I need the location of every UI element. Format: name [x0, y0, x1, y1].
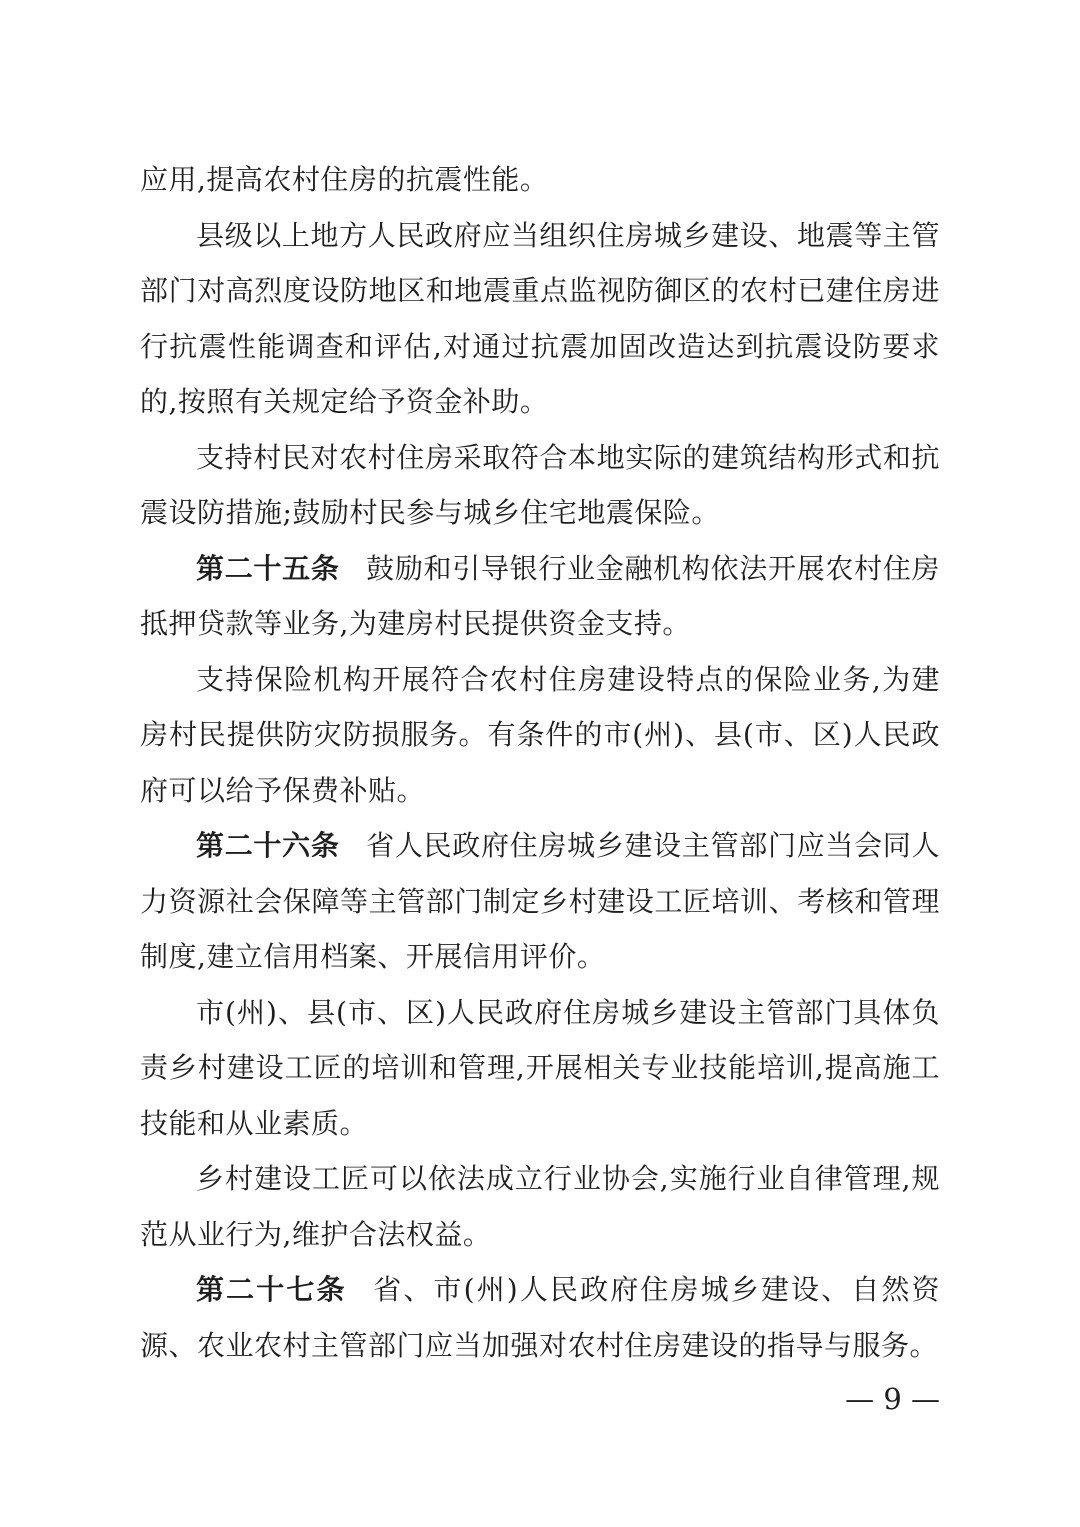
- paragraph-article-25: 第二十五条鼓励和引导银行业金融机构依法开展农村住房抵押贷款等业务,为建房村民提供…: [140, 541, 940, 652]
- paragraph-text: 支持村民对农村住房采取符合本地实际的建筑结构形式和抗震设防措施;鼓励村民参与城乡…: [140, 441, 940, 530]
- paragraph: 支持村民对农村住房采取符合本地实际的建筑结构形式和抗震设防措施;鼓励村民参与城乡…: [140, 430, 940, 541]
- paragraph: 县级以上地方人民政府应当组织住房城乡建设、地震等主管部门对高烈度设防地区和地震重…: [140, 208, 940, 430]
- paragraph-text: 乡村建设工匠可以依法成立行业协会,实施行业自律管理,规范从业行为,维护合法权益。: [140, 1162, 940, 1251]
- paragraph-text: 支持保险机构开展符合农村住房建设特点的保险业务,为建房村民提供防灾防损服务。有条…: [140, 663, 940, 807]
- document-body: 应用,提高农村住房的抗震性能。 县级以上地方人民政府应当组织住房城乡建设、地震等…: [140, 152, 940, 1373]
- paragraph: 支持保险机构开展符合农村住房建设特点的保险业务,为建房村民提供防灾防损服务。有条…: [140, 652, 940, 819]
- article-number: 第二十六条: [196, 830, 340, 861]
- article-number: 第二十七条: [196, 1274, 347, 1305]
- paragraph-article-27: 第二十七条省、市(州)人民政府住房城乡建设、自然资源、农业农村主管部门应当加强对…: [140, 1262, 940, 1373]
- paragraph-continuation: 应用,提高农村住房的抗震性能。: [140, 152, 940, 208]
- paragraph-text: 市(州)、县(市、区)人民政府住房城乡建设主管部门具体负责乡村建设工匠的培训和管…: [140, 996, 940, 1140]
- paragraph-text: 应用,提高农村住房的抗震性能。: [140, 163, 548, 196]
- paragraph: 市(州)、县(市、区)人民政府住房城乡建设主管部门具体负责乡村建设工匠的培训和管…: [140, 985, 940, 1152]
- document-page: 应用,提高农村住房的抗震性能。 县级以上地方人民政府应当组织住房城乡建设、地震等…: [0, 0, 1080, 1527]
- paragraph: 乡村建设工匠可以依法成立行业协会,实施行业自律管理,规范从业行为,维护合法权益。: [140, 1151, 940, 1262]
- article-number: 第二十五条: [196, 553, 340, 584]
- paragraph-article-26: 第二十六条省人民政府住房城乡建设主管部门应当会同人力资源社会保障等主管部门制定乡…: [140, 818, 940, 985]
- page-number: — 9 —: [140, 1375, 940, 1423]
- paragraph-text: 县级以上地方人民政府应当组织住房城乡建设、地震等主管部门对高烈度设防地区和地震重…: [140, 219, 940, 419]
